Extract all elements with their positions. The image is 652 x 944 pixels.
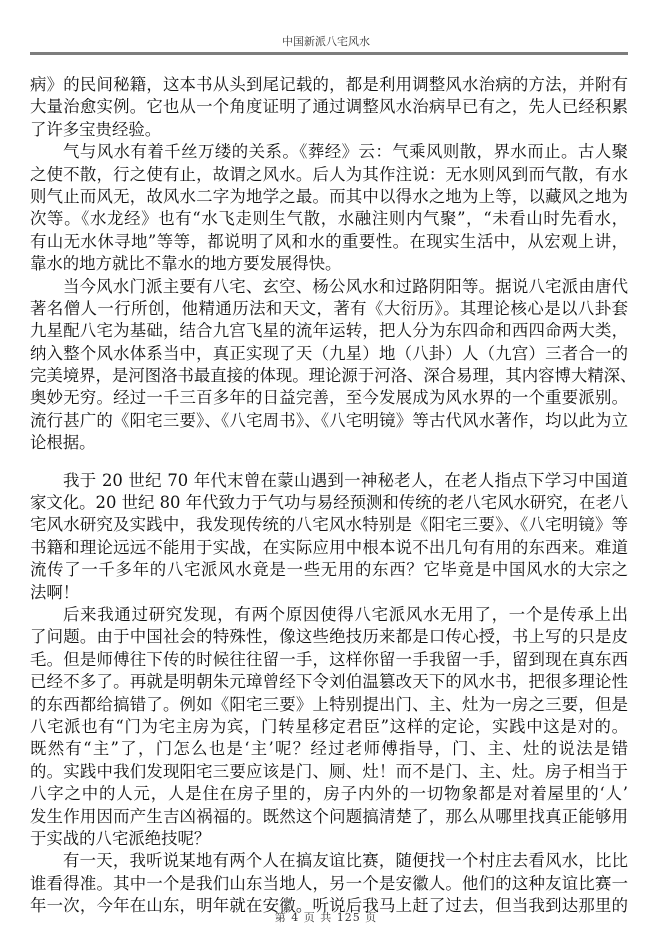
text-line: 已经不多了。再就是明朝朱元璋曾经下令刘伯温篡改天下的风水书，把很多理论性	[30, 671, 628, 693]
text-line: 法啊！	[30, 582, 628, 604]
paragraph: 有一天，我听说某地有两个人在搞友谊比赛，随便找一个村庄去看风水，比比 谁看得准。…	[30, 850, 628, 917]
running-header: 中国新派八宅风水	[0, 33, 652, 49]
text-line: 论根据。	[30, 432, 628, 454]
text-line: 之使不散，行之使有止，故谓之风水。后人为其作注说：无水则风到而气散，有水	[30, 164, 628, 186]
page-body: 病》的民间秘籍，这本书从头到尾记载的，都是利用调整风水治病的方法，并附有 大量治…	[30, 74, 628, 917]
text-line: 八字之中的人元，人是住在房子里的，房子内外的一切物象都是对着屋里的‘人’	[30, 783, 628, 805]
paragraph: 我于 20 世纪 70 年代末曾在蒙山遇到一神秘老人，在老人指点下学习中国道 家…	[30, 470, 628, 604]
paragraph: 后来我通过研究发现，有两个原因使得八宅派风水无用了，一个是传承上出 了问题。由于…	[30, 604, 628, 850]
text-line: 谁看得准。其中一个是我们山东当地人，另一个是安徽人。他们的这种友谊比赛一	[30, 873, 628, 895]
text-line: 气与风水有着千丝万缕的关系。《葬经》云：气乘风则散，界水而止。古人聚	[30, 141, 628, 163]
header-rule	[30, 52, 628, 55]
paragraph: 气与风水有着千丝万缕的关系。《葬经》云：气乘风则散，界水而止。古人聚 之使不散，…	[30, 141, 628, 275]
text-line: 的东西都给搞错了。例如《阳宅三要》上特别提出门、主、灶为一房之三要，但是	[30, 694, 628, 716]
text-line: 我于 20 世纪 70 年代末曾在蒙山遇到一神秘老人，在老人指点下学习中国道	[30, 470, 628, 492]
text-line: 的。实践中我们发现阳宅三要应该是门、厕、灶！而不是门、主、灶。房子相当于	[30, 761, 628, 783]
text-line: 了问题。由于中国社会的特殊性，像这些绝技历来都是口传心授，书上写的只是皮	[30, 626, 628, 648]
text-line: 毛。但是师傅往下传的时候往往留一手，这样你留一手我留一手，留到现在真东西	[30, 649, 628, 671]
text-line: 流传了一千多年的八宅派风水竟是一些无用的东西？它毕竟是中国风水的大宗之	[30, 559, 628, 581]
text-line: 家文化。20 世纪 80 年代致力于气功与易经预测和传统的老八宅风水研究，在老八	[30, 492, 628, 514]
text-line: 大量治愈实例。它也从一个角度证明了通过调整风水治病早已有之，先人已经积累	[30, 96, 628, 118]
text-line: 既然有“主”了，门怎么也是‘主’呢？经过老师傅指导，门、主、灶的说法是错	[30, 738, 628, 760]
text-line: 完美境界，是河图洛书最直接的体现。理论源于河洛、深合易理，其内容博大精深、	[30, 365, 628, 387]
text-line: 病》的民间秘籍，这本书从头到尾记载的，都是利用调整风水治病的方法，并附有	[30, 74, 628, 96]
text-line: 靠水的地方就比不靠水的地方要发展得快。	[30, 253, 628, 275]
text-line: 发生作用因而产生吉凶祸福的。既然这个问题搞清楚了，那么从哪里找真正能够用	[30, 806, 628, 828]
text-line: 九星配八宅为基础，结合九宫飞星的流年运转，把人分为东四命和西四命两大类，	[30, 320, 628, 342]
text-line: 著名僧人一行所创，他精通历法和天文，著有《大衍历》。其理论核心是以八卦套	[30, 298, 628, 320]
text-line: 后来我通过研究发现，有两个原因使得八宅派风水无用了，一个是传承上出	[30, 604, 628, 626]
page-number-footer: 第 4 页 共 125 页	[0, 909, 652, 925]
text-line: 当今风水门派主要有八宅、玄空、杨公风水和过路阴阳等。据说八宅派由唐代	[30, 276, 628, 298]
paragraph: 病》的民间秘籍，这本书从头到尾记载的，都是利用调整风水治病的方法，并附有 大量治…	[30, 74, 628, 141]
text-line: 八宅派也有“门为宅主房为宾，门转星移定君臣”这样的定论，实践中这是对的。	[30, 716, 628, 738]
text-line: 奥妙无穷。经过一千三百多年的日益完善，至今发展成为风水界的一个重要派别。	[30, 387, 628, 409]
text-line: 于实战的八宅派绝技呢？	[30, 828, 628, 850]
paragraph-gap	[30, 455, 628, 470]
text-line: 纳入整个风水体系当中，真正实现了天（九星）地（八卦）人（九宫）三者合一的	[30, 343, 628, 365]
text-line: 有山无水休寻地”等等，都说明了风和水的重要性。在现实生活中，从宏观上讲，	[30, 231, 628, 253]
text-line: 次等。《水龙经》也有“水飞走则生气散，水融注则内气聚”，“未看山时先看水，	[30, 208, 628, 230]
text-line: 则气止而风无，故风水二字为地学之最。而其中以得水之地为上等，以藏风之地为	[30, 186, 628, 208]
text-line: 了许多宝贵经验。	[30, 119, 628, 141]
paragraph: 当今风水门派主要有八宅、玄空、杨公风水和过路阴阳等。据说八宅派由唐代 著名僧人一…	[30, 276, 628, 455]
text-line: 书籍和理论远远不能用于实战，在实际应用中根本说不出几句有用的东西来。难道	[30, 537, 628, 559]
text-line: 流行甚广的《阳宅三要》、《八宅周书》、《八宅明镜》等古代风水著作，均以此为立	[30, 410, 628, 432]
text-line: 有一天，我听说某地有两个人在搞友谊比赛，随便找一个村庄去看风水，比比	[30, 850, 628, 872]
text-line: 宅风水研究及实践中，我发现传统的八宅风水特别是《阳宅三要》、《八宅明镜》等	[30, 514, 628, 536]
